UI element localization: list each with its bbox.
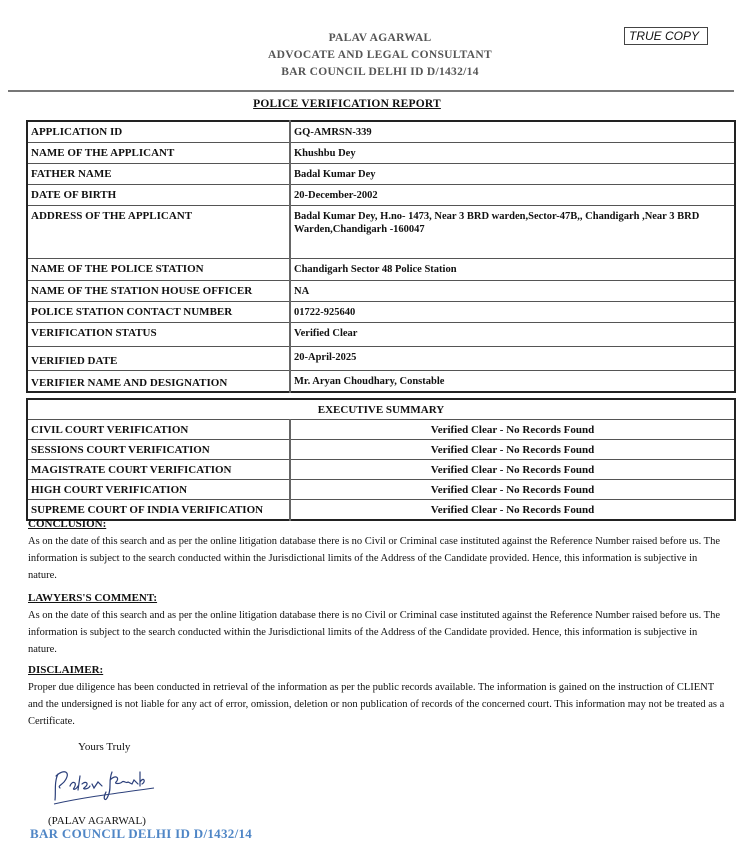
detail-label: ADDRESS OF THE APPLICANT: [27, 205, 290, 258]
detail-value: Badal Kumar Dey: [290, 163, 735, 184]
table-row: SESSIONS COURT VERIFICATION Verified Cle…: [27, 440, 735, 460]
detail-value: Khushbu Dey: [290, 142, 735, 163]
details-table: APPLICATION ID GQ-AMRSN-339 NAME OF THE …: [26, 120, 736, 393]
signature-icon: [50, 762, 160, 817]
disclaimer-text: Proper due diligence has been conducted …: [28, 679, 728, 730]
table-row: VERIFICATION STATUS Verified Clear: [27, 322, 735, 346]
table-row: FATHER NAME Badal Kumar Dey: [27, 163, 735, 184]
table-row: POLICE STATION CONTACT NUMBER 01722-9256…: [27, 301, 735, 322]
detail-value: GQ-AMRSN-339: [290, 121, 735, 142]
summary-result: Verified Clear - No Records Found: [290, 480, 735, 500]
advocate-bar-id: BAR COUNCIL DELHI ID D/1432/14: [0, 64, 747, 81]
detail-value: 20-April-2025: [290, 346, 735, 370]
table-row: NAME OF THE APPLICANT Khushbu Dey: [27, 142, 735, 163]
detail-label: DATE OF BIRTH: [27, 184, 290, 205]
detail-value: 01722-925640: [290, 301, 735, 322]
summary-label: CIVIL COURT VERIFICATION: [27, 420, 290, 440]
summary-label: MAGISTRATE COURT VERIFICATION: [27, 460, 290, 480]
disclaimer-section: DISCLAIMER: Proper due diligence has bee…: [28, 662, 728, 730]
signatory-bar-id: BAR COUNCIL DELHI ID D/1432/14: [30, 826, 252, 842]
detail-label: FATHER NAME: [27, 163, 290, 184]
lawyers-comment-heading: LAWYERS'S COMMENT:: [28, 590, 728, 607]
summary-result: Verified Clear - No Records Found: [290, 460, 735, 480]
table-row: VERIFIED DATE 20-April-2025: [27, 346, 735, 370]
advocate-designation: ADVOCATE AND LEGAL CONSULTANT: [0, 47, 747, 64]
table-row: APPLICATION ID GQ-AMRSN-339: [27, 121, 735, 142]
summary-label: HIGH COURT VERIFICATION: [27, 480, 290, 500]
detail-label: VERIFIER NAME AND DESIGNATION: [27, 370, 290, 392]
summary-label: SESSIONS COURT VERIFICATION: [27, 440, 290, 460]
summary-result: Verified Clear - No Records Found: [290, 440, 735, 460]
detail-value: NA: [290, 280, 735, 301]
conclusion-heading: CONCLUSION:: [28, 516, 728, 533]
table-row: ADDRESS OF THE APPLICANT Badal Kumar Dey…: [27, 205, 735, 258]
table-row: VERIFIER NAME AND DESIGNATION Mr. Aryan …: [27, 370, 735, 392]
executive-summary-title: EXECUTIVE SUMMARY: [27, 399, 735, 420]
detail-label: POLICE STATION CONTACT NUMBER: [27, 301, 290, 322]
detail-label: NAME OF THE POLICE STATION: [27, 258, 290, 280]
detail-value: Badal Kumar Dey, H.no- 1473, Near 3 BRD …: [290, 205, 735, 258]
disclaimer-heading: DISCLAIMER:: [28, 662, 728, 679]
detail-value: 20-December-2002: [290, 184, 735, 205]
detail-label: VERIFIED DATE: [27, 346, 290, 370]
detail-value: Verified Clear: [290, 322, 735, 346]
header-divider: [8, 90, 734, 92]
true-copy-stamp: TRUE COPY: [624, 27, 708, 45]
table-row: NAME OF THE STATION HOUSE OFFICER NA: [27, 280, 735, 301]
detail-label: VERIFICATION STATUS: [27, 322, 290, 346]
conclusion-text: As on the date of this search and as per…: [28, 533, 728, 584]
table-row: DATE OF BIRTH 20-December-2002: [27, 184, 735, 205]
table-row: NAME OF THE POLICE STATION Chandigarh Se…: [27, 258, 735, 280]
detail-value: Chandigarh Sector 48 Police Station: [290, 258, 735, 280]
detail-label: APPLICATION ID: [27, 121, 290, 142]
lawyers-comment-section: LAWYERS'S COMMENT: As on the date of thi…: [28, 590, 728, 658]
summary-result: Verified Clear - No Records Found: [290, 420, 735, 440]
table-row: HIGH COURT VERIFICATION Verified Clear -…: [27, 480, 735, 500]
table-row: CIVIL COURT VERIFICATION Verified Clear …: [27, 420, 735, 440]
lawyers-comment-text: As on the date of this search and as per…: [28, 607, 728, 658]
table-header-row: EXECUTIVE SUMMARY: [27, 399, 735, 420]
executive-summary-table: EXECUTIVE SUMMARY CIVIL COURT VERIFICATI…: [26, 398, 736, 521]
report-title: POLICE VERIFICATION REPORT: [0, 98, 694, 110]
detail-label: NAME OF THE STATION HOUSE OFFICER: [27, 280, 290, 301]
closing-salutation: Yours Truly: [78, 741, 130, 753]
conclusion-section: CONCLUSION: As on the date of this searc…: [28, 516, 728, 584]
detail-value: Mr. Aryan Choudhary, Constable: [290, 370, 735, 392]
detail-label: NAME OF THE APPLICANT: [27, 142, 290, 163]
table-row: MAGISTRATE COURT VERIFICATION Verified C…: [27, 460, 735, 480]
